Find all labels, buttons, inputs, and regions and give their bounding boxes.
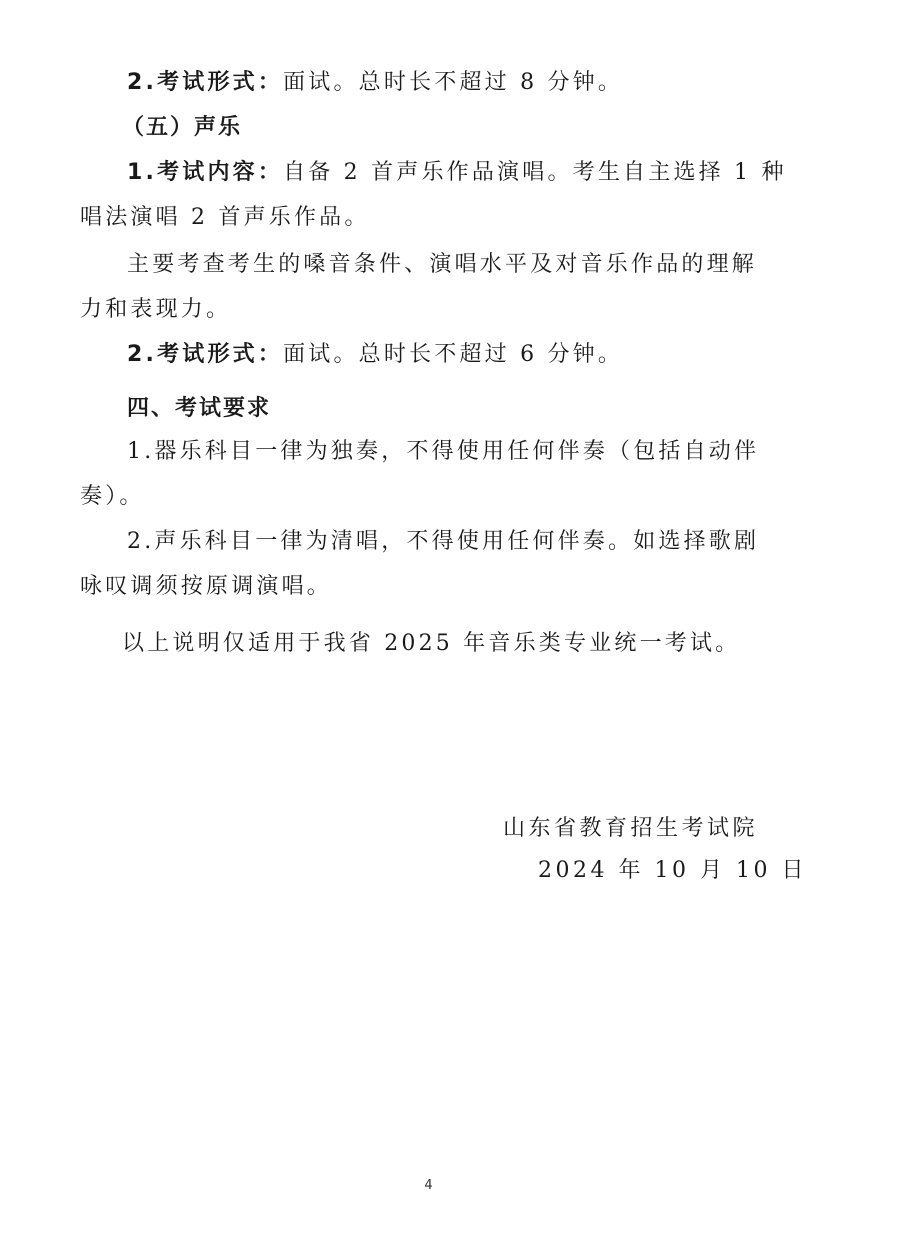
requirement-instrumental-continuation: 奏）。: [80, 482, 145, 512]
exam-format-text: 面试。总时长不超过 6 分钟。: [283, 342, 623, 367]
exam-content-continuation: 唱法演唱 2 首声乐作品。: [80, 203, 370, 233]
exam-format-line-instrumental: 2.考试形式：面试。总时长不超过 8 分钟。: [127, 68, 623, 98]
exam-content-text: 自备 2 首声乐作品演唱。考生自主选择 1 种: [283, 160, 787, 185]
exam-format-label: 2.考试形式：: [127, 342, 283, 367]
signature-date: 2024 年 10 月 10 日: [538, 856, 807, 886]
applicability-note: 以上说明仅适用于我省 2025 年音乐类专业统一考试。: [122, 629, 740, 659]
assessment-focus-line: 主要考查考生的嗓音条件、演唱水平及对音乐作品的理解: [127, 250, 757, 280]
requirement-vocal: 2.声乐科目一律为清唱，不得使用任何伴奏。如选择歌剧: [127, 527, 759, 557]
signature-organization: 山东省教育招生考试院: [503, 814, 758, 844]
exam-content-line: 1.考试内容：自备 2 首声乐作品演唱。考生自主选择 1 种: [127, 158, 787, 188]
page-number: 4: [0, 1178, 857, 1193]
requirement-instrumental: 1.器乐科目一律为独奏，不得使用任何伴奏（包括自动伴: [127, 437, 759, 467]
section-heading-requirements: 四、考试要求: [127, 394, 271, 424]
assessment-focus-continuation: 力和表现力。: [80, 295, 231, 325]
exam-content-label: 1.考试内容：: [127, 160, 283, 185]
exam-format-line-vocal: 2.考试形式：面试。总时长不超过 6 分钟。: [127, 340, 623, 370]
exam-format-label: 2.考试形式：: [127, 70, 283, 95]
document-page: 2.考试形式：面试。总时长不超过 8 分钟。 （五）声乐 1.考试内容：自备 2…: [0, 0, 900, 1236]
section-heading-vocal: （五）声乐: [122, 113, 242, 143]
exam-format-text: 面试。总时长不超过 8 分钟。: [283, 70, 623, 95]
requirement-vocal-continuation: 咏叹调须按原调演唱。: [80, 572, 332, 602]
